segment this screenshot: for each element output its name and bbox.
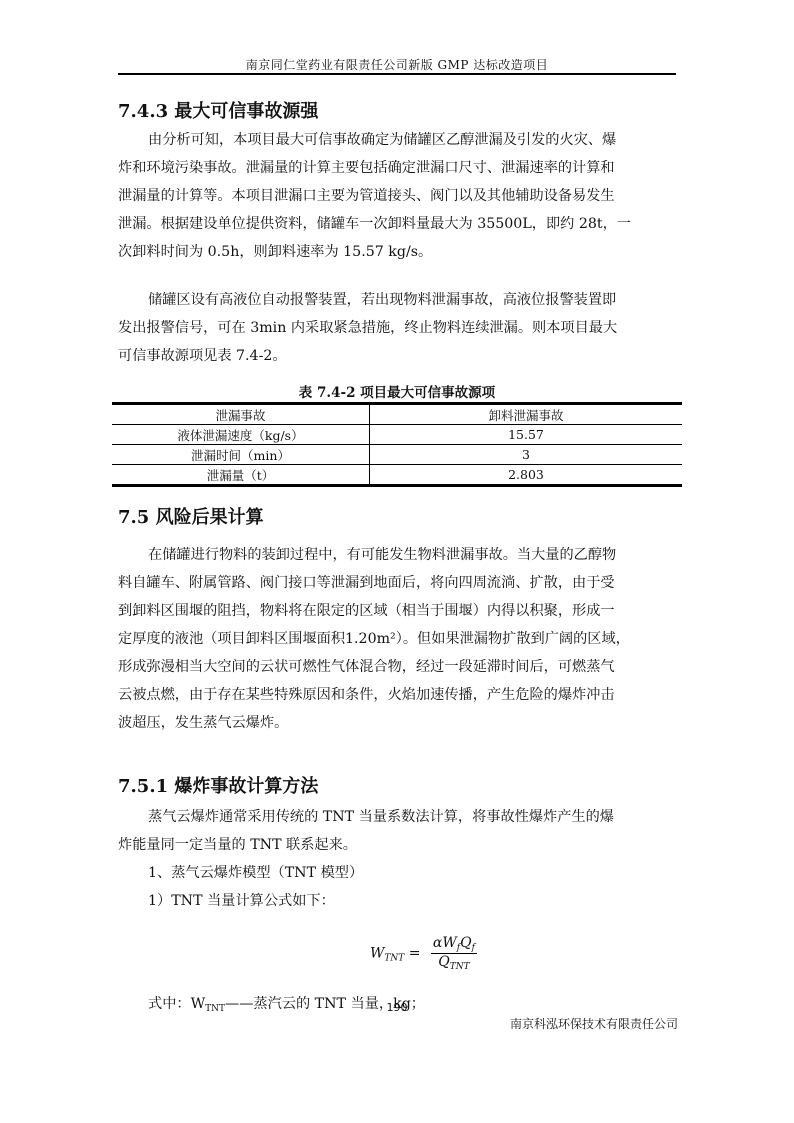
formula-denominator: QTNT	[431, 954, 477, 972]
heading-7-4-3: 7.4.3 最大可信事故源强	[118, 97, 318, 123]
equals-sign: =	[409, 946, 421, 962]
list-item: 1）TNT 当量计算公式如下：	[118, 887, 676, 915]
table-row: 泄漏事故 卸料泄漏事故	[112, 404, 682, 425]
tnt-formula: WTNT = αWfQf QTNT	[370, 935, 477, 972]
text-line: 到卸料区围堰的阻挡，物料将在限定的区域（相当于围堰）内得以积聚，形成一	[118, 597, 676, 625]
text-line: 定厚度的液池（项目卸料区围堰面积1.20m²）。但如果泄漏物扩散到广阔的区域，	[118, 625, 676, 653]
table-cell: 3	[370, 445, 683, 465]
text-line: 蒸气云爆炸通常采用传统的 TNT 当量系数法计算，将事故性爆炸产生的爆	[118, 803, 676, 831]
text-line: 炸和环境污染事故。泄漏量的计算主要包括确定泄漏口尺寸、泄漏速率的计算和	[118, 154, 676, 182]
formula-lhs: W	[370, 946, 384, 962]
text-line: 在储罐进行物料的装卸过程中，有可能发生物料泄漏事故。当大量的乙醇物	[118, 541, 676, 569]
footer-company: 南京科泓环保技术有限责任公司	[500, 1015, 678, 1032]
text-line: 料自罐车、附属管路、阀门接口等泄漏到地面后，将向四周流淌、扩散，由于受	[118, 569, 676, 597]
formula-numerator: αWfQf	[431, 935, 477, 954]
table-cell: 卸料泄漏事故	[370, 404, 683, 425]
table-cell: 泄漏量（t）	[112, 465, 370, 486]
heading-7-5: 7.5 风险后果计算	[118, 503, 264, 529]
paragraph-743-1: 由分析可知，本项目最大可信事故确定为储罐区乙醇泄漏及引发的火灾、爆 炸和环境污染…	[118, 126, 676, 266]
formula-fraction: αWfQf QTNT	[431, 935, 477, 972]
source-term-table: 泄漏事故 卸料泄漏事故 液体泄漏速度（kg/s） 15.57 泄漏时间（min）…	[112, 402, 682, 487]
text-line: 储罐区设有高液位自动报警装置，若出现物料泄漏事故，高液位报警装置即	[118, 286, 676, 314]
text-line: 由分析可知，本项目最大可信事故确定为储罐区乙醇泄漏及引发的火灾、爆	[118, 126, 676, 154]
running-header: 南京同仁堂药业有限责任公司新版 GMP 达标改造项目	[118, 56, 676, 73]
text-line: 可信事故源项见表 7.4-2。	[118, 342, 676, 370]
text-line: 泄漏。根据建设单位提供资料，储罐车一次卸料量最大为 35500L，即约 28t，…	[118, 210, 676, 238]
header-rule	[118, 73, 676, 75]
table-row: 泄漏时间（min） 3	[112, 445, 682, 465]
table-cell: 2.803	[370, 465, 683, 486]
list-item: 1、蒸气云爆炸模型（TNT 模型）	[118, 859, 676, 887]
table-cell: 泄漏时间（min）	[112, 445, 370, 465]
text-line: 炸能量同一定当量的 TNT 联系起来。	[118, 831, 676, 859]
text-line: 波超压，发生蒸气云爆炸。	[118, 709, 676, 737]
table-cell: 泄漏事故	[112, 404, 370, 425]
text-line: 发出报警信号，可在 3min 内采取紧急措施，终止物料连续泄漏。则本项目最大	[118, 314, 676, 342]
table-row: 液体泄漏速度（kg/s） 15.57	[112, 425, 682, 445]
paragraph-743-2: 储罐区设有高液位自动报警装置，若出现物料泄漏事故，高液位报警装置即 发出报警信号…	[118, 286, 676, 370]
formula-lhs-sub: TNT	[384, 954, 404, 964]
table-cell: 液体泄漏速度（kg/s）	[112, 425, 370, 445]
table-cell: 15.57	[370, 425, 683, 445]
text-line: 泄漏量的计算等。本项目泄漏口主要为管道接头、阀门以及其他辅助设备易发生	[118, 182, 676, 210]
table-row: 泄漏量（t） 2.803	[112, 465, 682, 486]
text-line: 次卸料时间为 0.5h，则卸料速率为 15.57 kg/s。	[118, 238, 676, 266]
paragraph-751: 蒸气云爆炸通常采用传统的 TNT 当量系数法计算，将事故性爆炸产生的爆 炸能量同…	[118, 803, 676, 915]
text-line: 形成弥漫相当大空间的云状可燃性气体混合物，经过一段延滞时间后，可燃蒸气	[118, 653, 676, 681]
paragraph-75: 在储罐进行物料的装卸过程中，有可能发生物料泄漏事故。当大量的乙醇物 料自罐车、附…	[118, 541, 676, 737]
table-caption: 表 7.4-2 项目最大可信事故源项	[118, 381, 676, 401]
text-line: 云被点燃，由于存在某些特殊原因和条件，火焰加速传播，产生危险的爆炸冲击	[118, 681, 676, 709]
heading-7-5-1: 7.5.1 爆炸事故计算方法	[118, 772, 318, 798]
page-number: 190	[0, 1001, 794, 1014]
